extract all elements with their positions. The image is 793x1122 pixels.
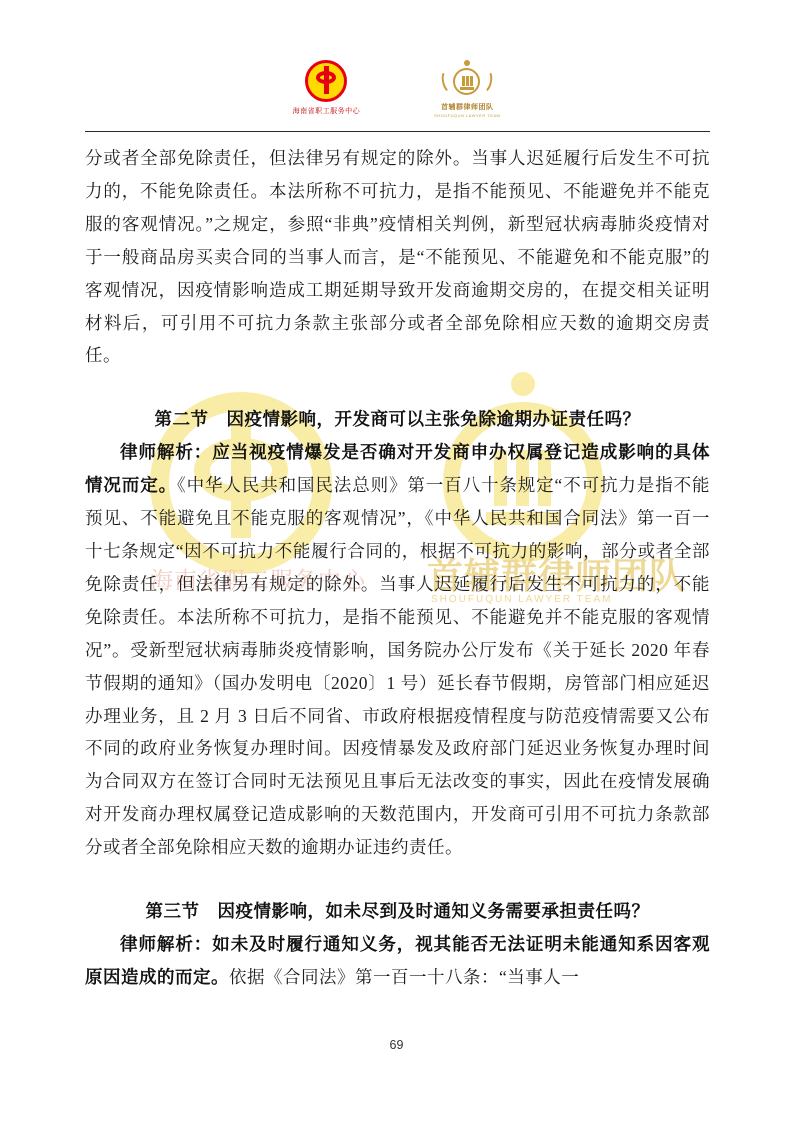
section-2-body-text: 《中华人民共和国民法总则》第一百八十条规定“不可抗力是指不能预见、不能避免且不能… — [85, 475, 710, 857]
page-number: 69 — [0, 1038, 793, 1052]
union-logo-icon — [305, 60, 347, 102]
union-logo-block: 海南省职工服务中心 — [293, 60, 361, 118]
page-header: 海南省职工服务中心 首辅群律师团队 SHOUFUQUN LAWYER TEAM — [0, 0, 793, 118]
lawyer-team-caption: 首辅群律师团队 — [434, 102, 500, 112]
header-divider — [85, 131, 710, 132]
paragraph-continuation: 分或者全部免除责任，但法律另有规定的除外。当事人迟延履行后发生不可抗力的，不能免… — [85, 142, 710, 372]
lawyer-team-subcaption: SHOUFUQUN LAWYER TEAM — [434, 113, 500, 118]
section-3-paragraph: 律师解析：如未及时履行通知义务，视其能否无法证明未能通知系因客观原因造成的而定。… — [85, 928, 710, 994]
lawyer-team-logo-icon — [445, 60, 489, 100]
section-2-heading: 第二节 因疫情影响，开发商可以主张免除逾期办证责任吗？ — [85, 403, 710, 436]
section-2-paragraph: 律师解析：应当视疫情爆发是否确对开发商申办权属登记造成影响的具体情况而定。《中华… — [85, 436, 710, 864]
document-page: 海南省职工服务中心 首辅群律师团队 SHOUFUQUN LAWYER TEAM … — [0, 0, 793, 1122]
union-logo-caption: 海南省职工服务中心 — [293, 106, 361, 116]
section-3-body-text: 依据《合同法》第一百一十八条：“当事人一 — [229, 967, 579, 987]
lawyer-team-logo-block: 首辅群律师团队 SHOUFUQUN LAWYER TEAM — [434, 60, 500, 118]
section-3-heading: 第三节 因疫情影响，如未尽到及时通知义务需要承担责任吗？ — [85, 895, 710, 928]
document-body: 分或者全部免除责任，但法律另有规定的除外。当事人迟延履行后发生不可抗力的，不能免… — [85, 142, 710, 994]
